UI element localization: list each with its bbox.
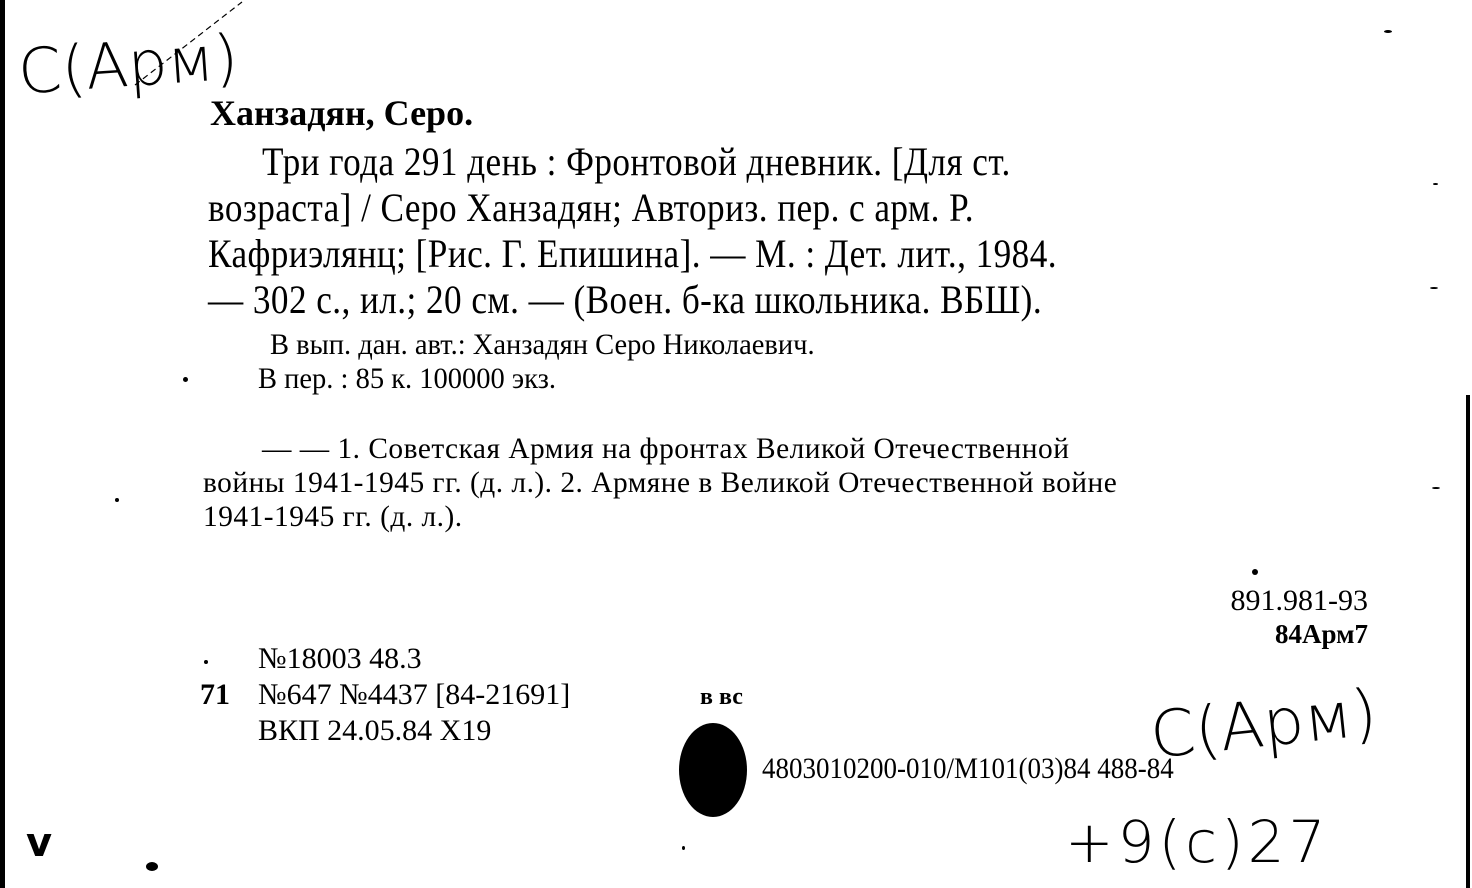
speck xyxy=(115,498,119,502)
registry-line-2: №647 №4437 [84-21691] xyxy=(258,678,570,712)
author-heading: Ханзадян, Серо. xyxy=(210,92,473,134)
registry-line-3: ВКП 24.05.84 Х19 xyxy=(258,714,491,748)
handwritten-mark-bottom: С(Арм) xyxy=(1147,676,1381,773)
card-left-edge xyxy=(0,0,5,888)
subject-line-3: 1941-1945 гг. (д. л.). xyxy=(203,500,463,534)
description-line-2: возраста] / Серо Ханзадян; Авториз. пер.… xyxy=(208,184,974,231)
scratch-line xyxy=(130,0,250,90)
speck xyxy=(1252,569,1258,575)
bbk-code: 84Арм7 xyxy=(1275,619,1368,650)
index-code: 4803010200-010/М101(03)84 488-84 xyxy=(762,752,1174,786)
speck xyxy=(146,862,158,871)
speck xyxy=(1432,487,1440,489)
speck xyxy=(183,377,188,382)
description-line-3: Кафриэлянц; [Рис. Г. Епишина]. — М. : Де… xyxy=(208,230,1057,277)
catalog-card: С(Арм) Ханзадян, Серо. Три года 291 день… xyxy=(0,0,1472,888)
handwritten-check-mark: v xyxy=(26,820,52,866)
registry-line-1: №18003 48.3 xyxy=(258,642,422,676)
note-author-data: В вып. дан. авт.: Ханзадян Серо Николаев… xyxy=(270,328,815,362)
card-right-edge xyxy=(1466,395,1470,888)
description-line-4: — 302 с., ил.; 20 см. — (Воен. б-ка школ… xyxy=(208,276,1042,323)
description-line-1: Три года 291 день : Фронтовой дневник. [… xyxy=(262,138,1011,185)
speck xyxy=(1384,30,1392,33)
subject-line-1: — — 1. Советская Армия на фронтах Велико… xyxy=(262,432,1069,466)
handwritten-shelf-code: +9(с)27 xyxy=(1065,808,1329,876)
speck xyxy=(1430,287,1438,289)
speck xyxy=(682,846,685,850)
subject-line-2: войны 1941-1945 гг. (д. л.). 2. Армяне в… xyxy=(203,466,1117,500)
speck xyxy=(1433,183,1438,185)
udc-code: 891.981-93 xyxy=(1231,584,1369,618)
speck xyxy=(204,660,208,664)
punch-hole xyxy=(668,720,828,880)
note-price-run: В пер. : 85 к. 100000 экз. xyxy=(258,362,556,396)
registry-suffix: в вс xyxy=(700,684,743,711)
registry-prefix: 71 xyxy=(200,678,230,712)
